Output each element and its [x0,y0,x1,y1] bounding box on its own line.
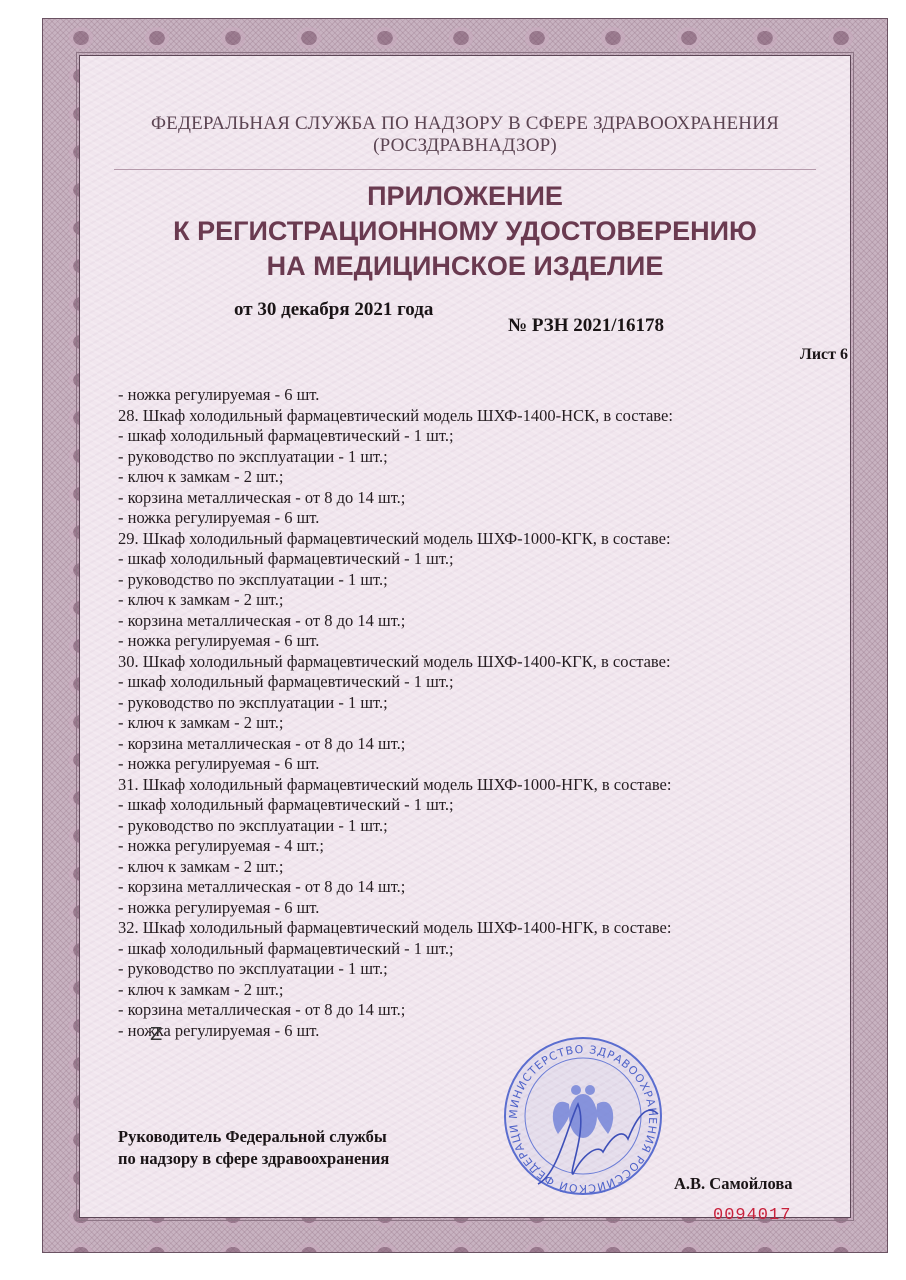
signer-position-line-1: Руководитель Федеральной службы [118,1126,389,1148]
header-divider [114,169,816,170]
agency-header: ФЕДЕРАЛЬНАЯ СЛУЖБА ПО НАДЗОРУ В СФЕРЕ ЗД… [80,113,850,157]
item-component: - ключ к замкам - 2 шт.; [118,980,673,1001]
item-heading: 28. Шкаф холодильный фармацевтический мо… [118,406,673,427]
item-component: - ножка регулируемая - 4 шт.; [118,836,673,857]
agency-abbreviation: (РОСЗДРАВНАДЗОР) [80,135,850,157]
item-heading: 31. Шкаф холодильный фармацевтический мо… [118,775,673,796]
item-component: - шкаф холодильный фармацевтический - 1 … [118,426,673,447]
document-date: от 30 декабря 2021 года [234,299,433,321]
end-mark: Z [150,1024,162,1045]
item-heading: 29. Шкаф холодильный фармацевтический мо… [118,529,673,550]
item-component: - шкаф холодильный фармацевтический - 1 … [118,939,673,960]
agency-name: ФЕДЕРАЛЬНАЯ СЛУЖБА ПО НАДЗОРУ В СФЕРЕ ЗД… [80,113,850,135]
item-component: - ножка регулируемая - 6 шт. [118,508,673,529]
signer-position: Руководитель Федеральной службы по надзо… [118,1126,389,1170]
item-component: - ключ к замкам - 2 шт.; [118,590,673,611]
item-component: - шкаф холодильный фармацевтический - 1 … [118,549,673,570]
item-component: - ключ к замкам - 2 шт.; [118,467,673,488]
item-component: - корзина металлическая - от 8 до 14 шт.… [118,488,673,509]
item-component: - шкаф холодильный фармацевтический - 1 … [118,795,673,816]
title-line-2: К РЕГИСТРАЦИОННОМУ УДОСТОВЕРЕНИЮ [80,214,850,249]
title-line-1: ПРИЛОЖЕНИЕ [80,179,850,214]
item-component: - ножка регулируемая - 6 шт. [118,385,673,406]
title-line-3: НА МЕДИЦИНСКОЕ ИЗДЕЛИЕ [80,249,850,284]
signer-position-line-2: по надзору в сфере здравоохранения [118,1148,389,1170]
certificate-border: ФЕДЕРАЛЬНАЯ СЛУЖБА ПО НАДЗОРУ В СФЕРЕ ЗД… [42,18,888,1253]
item-component: - шкаф холодильный фармацевтический - 1 … [118,672,673,693]
item-component: - руководство по эксплуатации - 1 шт.; [118,959,673,980]
item-component: - корзина металлическая - от 8 до 14 шт.… [118,734,673,755]
sheet-number: Лист 6 [800,346,848,364]
item-component: - руководство по эксплуатации - 1 шт.; [118,570,673,591]
item-component: - ножка регулируемая - 6 шт. [118,898,673,919]
registration-number: № РЗН 2021/16178 [508,315,664,337]
document-body: - ножка регулируемая - 6 шт.28. Шкаф хол… [118,385,673,1041]
serial-number: 0094017 [713,1206,791,1225]
item-component: - руководство по эксплуатации - 1 шт.; [118,816,673,837]
item-component: - корзина металлическая - от 8 до 14 шт.… [118,1000,673,1021]
item-component: - ключ к замкам - 2 шт.; [118,713,673,734]
item-component: - ключ к замкам - 2 шт.; [118,857,673,878]
item-component: - корзина металлическая - от 8 до 14 шт.… [118,611,673,632]
item-heading: 30. Шкаф холодильный фармацевтический мо… [118,652,673,673]
document-title: ПРИЛОЖЕНИЕ К РЕГИСТРАЦИОННОМУ УДОСТОВЕРЕ… [80,179,850,284]
item-heading: 32. Шкаф холодильный фармацевтический мо… [118,918,673,939]
item-component: - руководство по эксплуатации - 1 шт.; [118,447,673,468]
item-component: - руководство по эксплуатации - 1 шт.; [118,693,673,714]
item-component: - ножка регулируемая - 6 шт. [118,754,673,775]
official-stamp-icon: МИНИСТЕРСТВО ЗДРАВООХРАНЕНИЯ РОССИЙСКОЙ … [498,1034,668,1204]
signer-name: А.В. Самойлова [674,1174,793,1194]
certificate-page: ФЕДЕРАЛЬНАЯ СЛУЖБА ПО НАДЗОРУ В СФЕРЕ ЗД… [79,55,851,1218]
item-component: - ножка регулируемая - 6 шт. [118,631,673,652]
item-component: - корзина металлическая - от 8 до 14 шт.… [118,877,673,898]
